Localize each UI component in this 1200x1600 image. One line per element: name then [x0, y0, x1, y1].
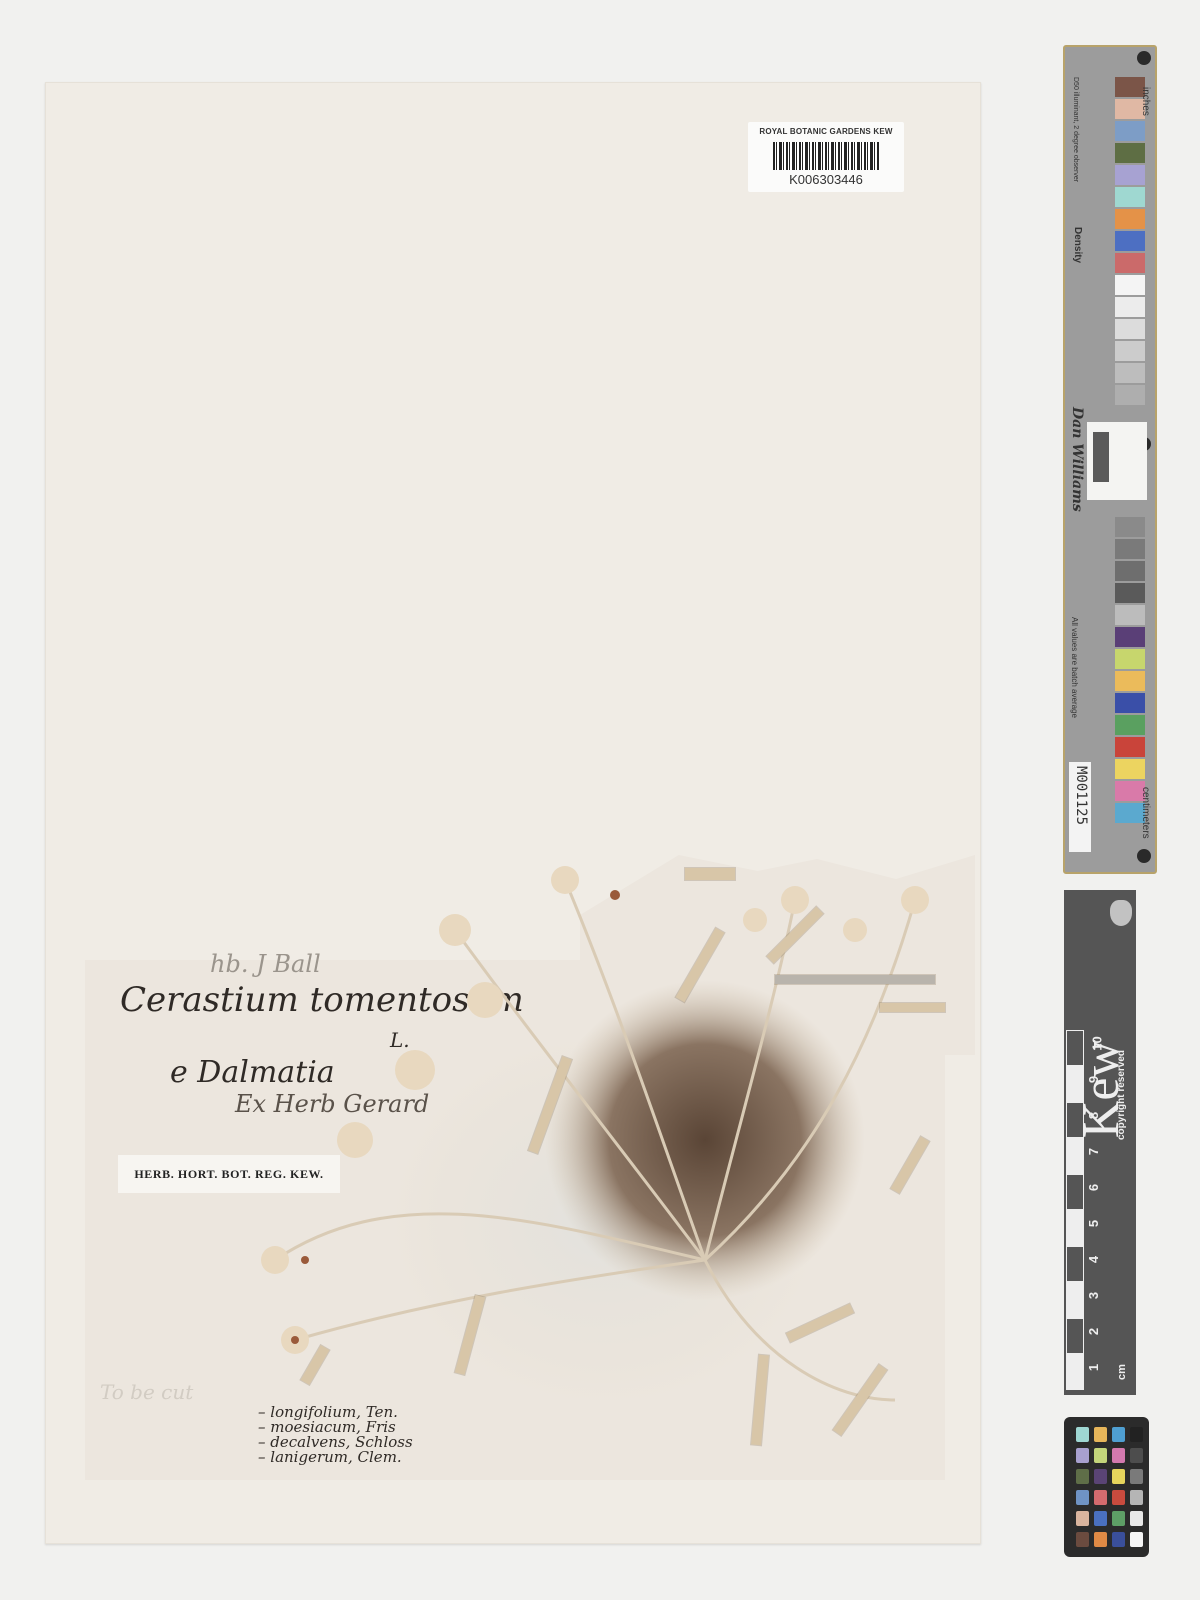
color-swatch — [1115, 121, 1145, 141]
kew-scale-bar: Kew 1 2 3 4 5 6 7 8 9 10 copyright reser… — [1064, 890, 1136, 1395]
gray-swatch — [1115, 561, 1145, 581]
strip-code-label: M001125 — [1069, 762, 1091, 852]
gray-swatch — [1115, 341, 1145, 361]
color-swatch — [1115, 143, 1145, 163]
inches-label: inches — [1140, 87, 1151, 116]
color-swatch — [1115, 165, 1145, 185]
color-swatch — [1115, 759, 1145, 779]
strip-hole — [1137, 51, 1151, 65]
gray-swatch — [1115, 363, 1145, 383]
checker-patch — [1112, 1511, 1125, 1526]
mounting-tape — [775, 975, 935, 984]
faint-note: To be cut — [100, 1380, 193, 1404]
scale-number: 4 — [1086, 1256, 1101, 1263]
color-calibration-strip: inches centimeters D50 illuminant, 2 deg… — [1063, 45, 1157, 874]
barcode-number: K006303446 — [748, 172, 904, 187]
color-swatch — [1115, 627, 1145, 647]
gray-swatch — [1115, 517, 1145, 537]
checker-patch — [1094, 1511, 1107, 1526]
scale-number: 7 — [1086, 1148, 1101, 1155]
scale-segment — [1066, 1210, 1084, 1246]
color-swatch — [1115, 231, 1145, 251]
checker-patch — [1076, 1427, 1089, 1442]
checker-patch — [1076, 1532, 1089, 1547]
color-checker-card — [1064, 1417, 1149, 1557]
scale-number: 5 — [1086, 1220, 1101, 1227]
brand-name: Dan Williams — [1069, 407, 1085, 512]
scale-number: 10 — [1090, 1036, 1105, 1050]
scale-number: 6 — [1086, 1184, 1101, 1191]
gray-swatch — [1115, 385, 1145, 405]
density-label: Density — [1072, 227, 1083, 263]
checker-patch — [1112, 1427, 1125, 1442]
batch-note: All values are batch average — [1070, 617, 1079, 718]
barcode-label: ROYAL BOTANIC GARDENS KEW K006303446 — [748, 122, 904, 192]
scale-segment — [1066, 1102, 1084, 1138]
color-swatch — [1115, 187, 1145, 207]
checker-patch — [1076, 1511, 1089, 1526]
gray-swatch — [1115, 319, 1145, 339]
checker-patch — [1094, 1427, 1107, 1442]
checker-patch — [1112, 1490, 1125, 1505]
checker-patch — [1112, 1532, 1125, 1547]
scale-number: 2 — [1086, 1328, 1101, 1335]
checker-patch — [1094, 1532, 1107, 1547]
gray-swatch — [1115, 605, 1145, 625]
gray-swatch — [1115, 539, 1145, 559]
color-swatch — [1115, 715, 1145, 735]
barcode — [773, 142, 879, 170]
checker-patch — [1076, 1469, 1089, 1484]
checker-patch — [1094, 1490, 1107, 1505]
checker-patch — [1094, 1448, 1107, 1463]
checker-patch — [1112, 1448, 1125, 1463]
checker-patch — [1076, 1448, 1089, 1463]
scale-segment — [1066, 1174, 1084, 1210]
scale-segment — [1066, 1354, 1084, 1390]
color-swatch — [1115, 693, 1145, 713]
color-swatch — [1115, 671, 1145, 691]
kew-crest-icon — [1110, 900, 1132, 926]
unit-label: cm — [1116, 1364, 1128, 1380]
resolution-target — [1087, 422, 1147, 500]
checker-patch — [1130, 1511, 1143, 1526]
checker-patch — [1130, 1490, 1143, 1505]
checker-patch — [1130, 1448, 1143, 1463]
centimeters-label: centimeters — [1140, 787, 1151, 839]
mounting-tape — [880, 1003, 945, 1012]
scale-number: 3 — [1086, 1292, 1101, 1299]
illuminant-note: D50 illuminant, 2 degree observer — [1072, 77, 1079, 182]
scale-segment — [1066, 1318, 1084, 1354]
scale-segment — [1066, 1030, 1084, 1066]
scale-segment — [1066, 1138, 1084, 1174]
gray-swatch — [1115, 297, 1145, 317]
checker-patch — [1130, 1469, 1143, 1484]
scale-segment — [1066, 1066, 1084, 1102]
checker-patch — [1130, 1532, 1143, 1547]
color-swatch — [1115, 737, 1145, 757]
checker-patch — [1130, 1427, 1143, 1442]
gray-swatch — [1115, 275, 1145, 295]
scale-number: 1 — [1086, 1364, 1101, 1371]
scale-segment — [1066, 1246, 1084, 1282]
scale-number: 9 — [1086, 1076, 1101, 1083]
mounting-tape — [685, 868, 735, 880]
checker-patch — [1076, 1490, 1089, 1505]
scale-segment — [1066, 1282, 1084, 1318]
institution-name: ROYAL BOTANIC GARDENS KEW — [748, 127, 904, 136]
copyright-notice: copyright reserved — [1116, 1050, 1127, 1140]
gray-swatch — [1115, 583, 1145, 603]
color-swatch — [1115, 253, 1145, 273]
color-swatch — [1115, 649, 1145, 669]
checker-patch — [1094, 1469, 1107, 1484]
scale-number: 8 — [1086, 1112, 1101, 1119]
color-swatch — [1115, 209, 1145, 229]
strip-hole — [1137, 849, 1151, 863]
checker-patch — [1112, 1469, 1125, 1484]
